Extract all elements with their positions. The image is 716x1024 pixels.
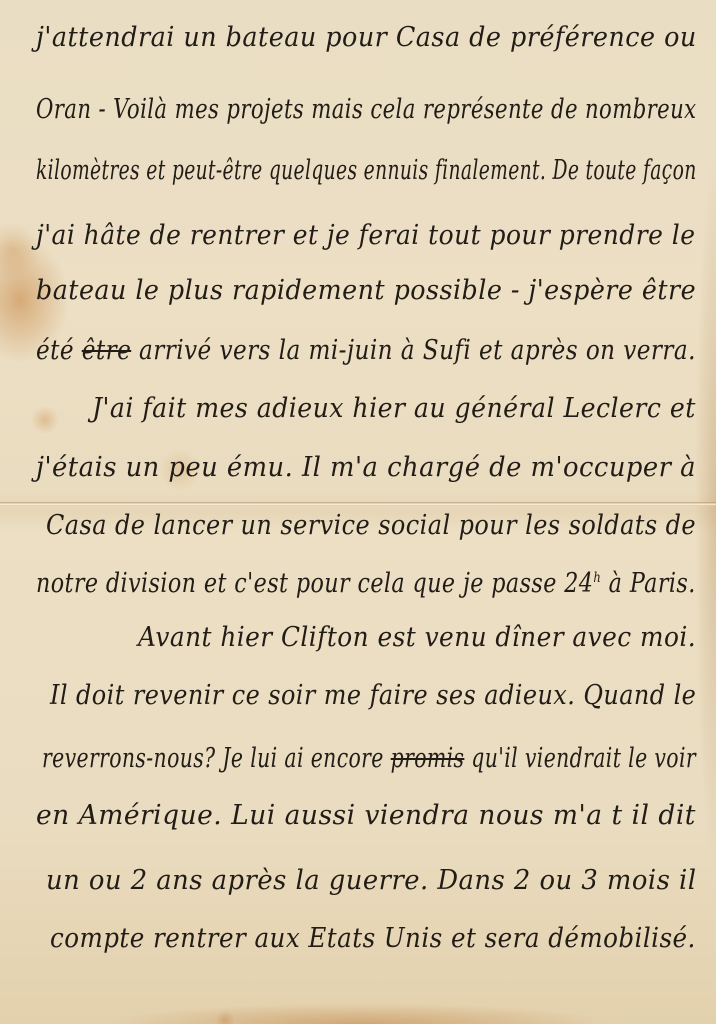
paper-fold-crease [0, 502, 716, 506]
letter-line-2: Oran - Voilà mes projets mais cela repré… [36, 94, 697, 125]
struck-word: être [82, 335, 131, 366]
line-text: arrivé vers la mi-juin à Sufi et après o… [131, 335, 696, 366]
line-text: été [36, 335, 82, 366]
line-text: notre division et c'est pour cela que je… [36, 568, 593, 599]
letter-line-5: bateau le plus rapidement possible - j'e… [36, 275, 696, 306]
struck-word: promis [391, 743, 465, 774]
line-text: à Paris. [601, 568, 695, 599]
letter-line-15: un ou 2 ans après la guerre. Dans 2 ou 3… [46, 865, 696, 896]
line-text: reverrons-nous? Je lui ai encore [42, 743, 391, 774]
letter-line-11: Avant hier Clifton est venu dîner avec m… [138, 622, 696, 653]
letter-line-6: été être arrivé vers la mi-juin à Sufi e… [36, 335, 696, 366]
letter-line-7: J'ai fait mes adieux hier au général Lec… [92, 393, 696, 424]
line-text: qu'il viendrait le voir [464, 743, 696, 774]
letter-line-10: notre division et c'est pour cela que je… [36, 568, 696, 599]
letter-line-8: j'étais un peu ému. Il m'a chargé de m'o… [36, 452, 696, 483]
letter-line-14: en Amérique. Lui aussi viendra nous m'a … [36, 800, 696, 831]
superscript-hour: h [593, 570, 601, 586]
letter-line-1: j'attendrai un bateau pour Casa de préfé… [36, 22, 697, 53]
letter-line-4: j'ai hâte de rentrer et je ferai tout po… [36, 220, 695, 251]
letter-line-12: Il doit revenir ce soir me faire ses adi… [50, 680, 696, 711]
letter-line-13: reverrons-nous? Je lui ai encore promis … [42, 743, 696, 774]
letter-line-16: compte rentrer aux Etats Unis et sera dé… [50, 923, 696, 954]
letter-line-9: Casa de lancer un service social pour le… [46, 510, 696, 541]
letter-page: j'attendrai un bateau pour Casa de préfé… [0, 0, 716, 1024]
letter-line-3: kilomètres et peut-être quelques ennuis … [36, 155, 697, 186]
